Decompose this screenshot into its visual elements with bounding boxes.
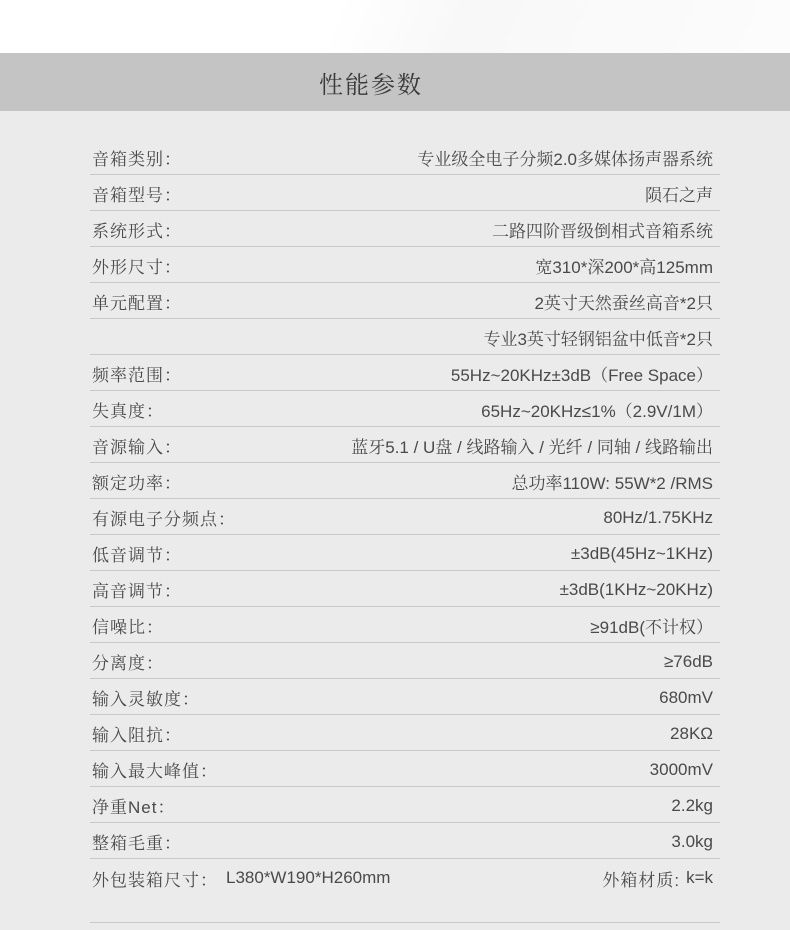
bottom-divider [90,922,720,923]
carton-material-value: k=k [686,868,713,888]
spec-row-label: 单元配置： [92,289,182,314]
spec-row: 低音调节：±3dB(45Hz~1KHz) [90,535,720,571]
carton-material-group: 外箱材质: k=k [602,866,713,891]
spec-row: 净重Net：2.2kg [90,787,720,823]
spec-row-value: 专业3英寸轻钢铝盆中低音*2只 [483,325,713,350]
spec-row-value: 二路四阶晋级倒相式音箱系统 [492,217,713,242]
spec-row: 失真度：65Hz~20KHz≤1%（2.9V/1M） [90,391,720,427]
spec-row: 音源输入：蓝牙5.1 / U盘 / 线路输入 / 光纤 / 同轴 / 线路输出 [90,427,720,463]
spec-row: 额定功率：总功率110W: 55W*2 /RMS [90,463,720,499]
spec-row-label: 低音调节： [92,541,182,566]
packing-size-group: 外包装箱尺寸： L380*W190*H260mm [92,866,390,891]
spec-row-value: ±3dB(45Hz~1KHz) [571,544,713,564]
spec-row: 专业3英寸轻钢铝盆中低音*2只 [90,319,720,355]
spec-row-value: 2.2kg [671,796,713,816]
section-title: 性能参数 [319,65,423,100]
spec-row-value: 3.0kg [671,832,713,852]
spec-row: 外形尺寸：宽310*深200*高125mm [90,247,720,283]
spec-row-label: 输入阻抗： [92,721,182,746]
spec-row-label: 高音调节： [92,577,182,602]
spec-table: 音箱类别：专业级全电子分频2.0多媒体扬声器系统音箱型号：陨石之声系统形式：二路… [90,139,720,859]
section-title-band: 性能参数 [0,53,790,111]
spec-row: 整箱毛重：3.0kg [90,823,720,859]
spec-row-label: 额定功率： [92,469,182,494]
spec-row-value: ±3dB(1KHz~20KHz) [560,580,713,600]
spec-row: 有源电子分频点：80Hz/1.75KHz [90,499,720,535]
spec-row-value: 蓝牙5.1 / U盘 / 线路输入 / 光纤 / 同轴 / 线路输出 [351,433,713,458]
packing-row: 外包装箱尺寸： L380*W190*H260mm 外箱材质: k=k [90,859,720,895]
packing-size-label: 外包装箱尺寸： [92,866,218,891]
spec-row: 输入灵敏度：680mV [90,679,720,715]
spec-row-label: 信噪比： [92,613,164,638]
spec-row-label: 系统形式： [92,217,182,242]
spec-row-value: 2英寸天然蚕丝高音*2只 [534,289,713,314]
spec-row-value: 28KΩ [670,724,713,744]
spec-row-value: 680mV [659,688,713,708]
spec-row: 单元配置：2英寸天然蚕丝高音*2只 [90,283,720,319]
spec-row-label: 整箱毛重： [92,829,182,854]
spec-row-label: 净重Net： [92,793,175,818]
spec-row-label: 有源电子分频点： [92,505,236,530]
packing-size-value: L380*W190*H260mm [226,868,390,888]
spec-row: 信噪比：≥91dB(不计权） [90,607,720,643]
spec-row-value: ≥91dB(不计权） [590,613,713,638]
spec-row: 音箱类别：专业级全电子分频2.0多媒体扬声器系统 [90,139,720,175]
spec-row: 输入最大峰值：3000mV [90,751,720,787]
page-top-whitespace [0,0,790,53]
spec-row-label: 外形尺寸： [92,253,182,278]
spec-row-label: 失真度： [92,397,164,422]
spec-row-value: 专业级全电子分频2.0多媒体扬声器系统 [417,145,713,170]
spec-row-value: 55Hz~20KHz±3dB（Free Space） [451,361,713,386]
spec-row: 系统形式：二路四阶晋级倒相式音箱系统 [90,211,720,247]
spec-row: 分离度：≥76dB [90,643,720,679]
carton-material-label: 外箱材质: [602,866,680,891]
spec-row-value: 3000mV [650,760,713,780]
spec-row-value: 80Hz/1.75KHz [603,508,713,528]
spec-row-label: 音源输入： [92,433,182,458]
spec-row-value: ≥76dB [664,652,713,672]
spec-sheet-page: 性能参数 音箱类别：专业级全电子分频2.0多媒体扬声器系统音箱型号：陨石之声系统… [0,0,790,930]
spec-row-label: 频率范围： [92,361,182,386]
spec-row-label: 音箱型号： [92,181,182,206]
spec-row: 音箱型号：陨石之声 [90,175,720,211]
spec-row: 频率范围：55Hz~20KHz±3dB（Free Space） [90,355,720,391]
spec-row-value: 宽310*深200*高125mm [535,253,713,278]
spec-row-value: 65Hz~20KHz≤1%（2.9V/1M） [481,397,713,422]
spec-row-label: 输入灵敏度： [92,685,200,710]
spec-row-label: 分离度： [92,649,164,674]
spec-row: 输入阻抗：28KΩ [90,715,720,751]
spec-row-label: 输入最大峰值： [92,757,218,782]
spec-row-value: 总功率110W: 55W*2 /RMS [511,469,713,494]
spec-row-label: 音箱类别： [92,145,182,170]
spec-row-value: 陨石之声 [645,181,713,206]
spec-row: 高音调节：±3dB(1KHz~20KHz) [90,571,720,607]
